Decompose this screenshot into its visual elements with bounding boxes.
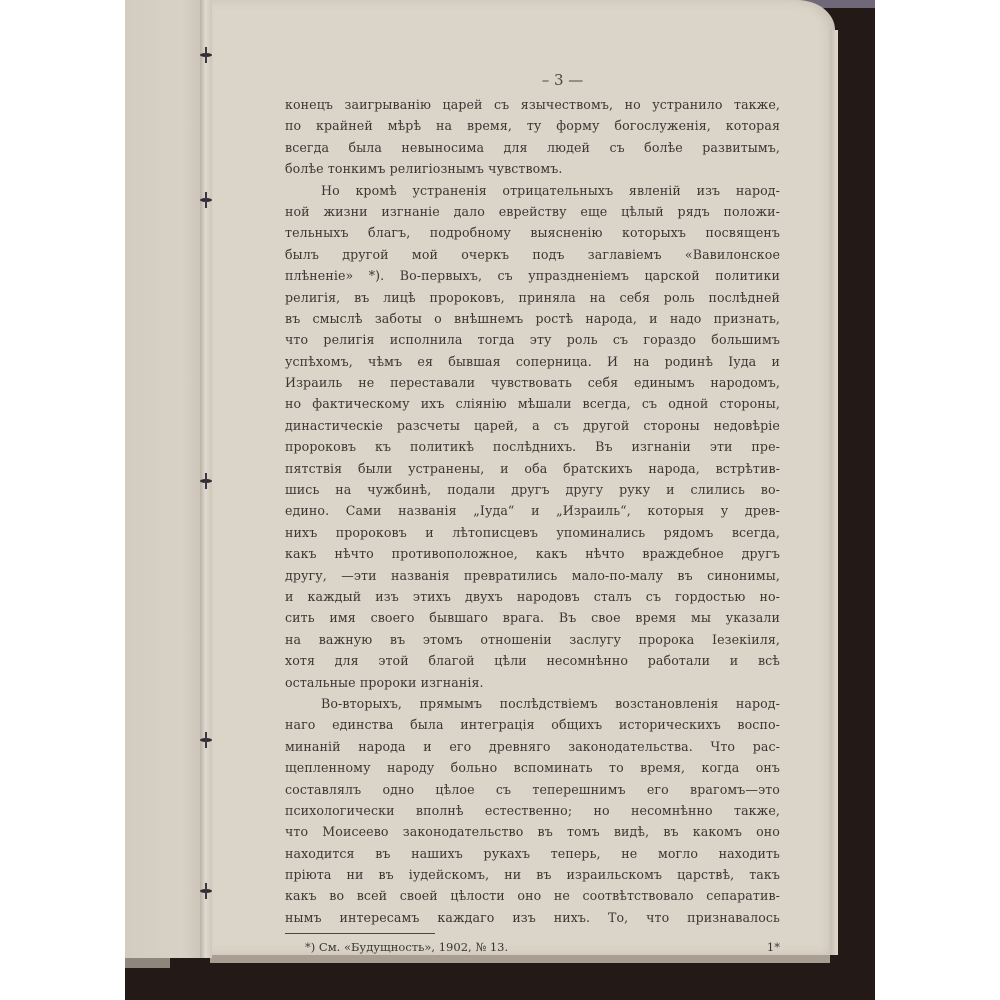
text-line: сить имя своего бывшаго врага. Въ свое в… [285,607,780,628]
text-line: что религія исполнила тогда эту роль съ … [285,329,780,350]
binding-stitch-icon [196,478,216,484]
text-line: пріюта ни въ іудейскомъ, ни въ израильск… [285,864,780,885]
text-line: составлялъ одно цѣлое съ теперешнимъ его… [285,779,780,800]
paragraph-3: Во-вторыхъ, прямымъ послѣдствіемъ возста… [285,693,780,928]
text-line: щепленному народу больно вспоминать то в… [285,757,780,778]
page-number: – 3 — [345,66,780,94]
text-line: религія, въ лицѣ пророковъ, приняла на с… [285,287,780,308]
text-line: и каждый изъ этихъ двухъ народовъ сталъ … [285,586,780,607]
text-line: но фактическому ихъ сліянію мѣшали всегд… [285,393,780,414]
paragraph-1: конецъ заигрыванію царей съ язычествомъ,… [285,94,780,180]
left-page [125,0,207,958]
footnote-divider [285,933,435,934]
text-line: былъ другой мой очеркъ подъ заглавіемъ «… [285,244,780,265]
text-line: династическіе разсчеты царей, а съ друго… [285,415,780,436]
text-line: по крайней мѣрѣ на время, ту форму богос… [285,115,780,136]
text-line: Во-вторыхъ, прямымъ послѣдствіемъ возста… [285,693,780,714]
text-line: тельныхъ благъ, подробному выясненію кот… [285,222,780,243]
text-line: другу, —эти названія превратились мало-п… [285,565,780,586]
binding-stitch-icon [196,737,216,743]
text-line: успѣхомъ, чѣмъ ея бывшая соперница. И на… [285,351,780,372]
text-line: находится въ нашихъ рукахъ теперь, не мо… [285,843,780,864]
text-line: нихъ пророковъ и лѣтописцевъ упоминались… [285,522,780,543]
text-line: пророковъ къ политикѣ послѣднихъ. Въ изг… [285,436,780,457]
footnote: *) См. «Будущность», 1902, № 13. 1* [285,939,780,955]
binding-stitch-icon [196,197,216,203]
text-line: ной жизни изгнаніе дало еврейству еще цѣ… [285,201,780,222]
text-line: хотя для этой благой цѣли несомнѣнно раб… [285,650,780,671]
footnote-text: *) См. «Будущность», 1902, № 13. [305,940,508,954]
text-line: что Моисеево законодательство въ томъ ви… [285,821,780,842]
binding-stitch-icon [196,52,216,58]
text-line: какъ нѣчто противоположное, какъ нѣчто в… [285,543,780,564]
page-stack-edge [830,30,838,955]
text-line: Но кромѣ устраненія отрицательныхъ явлен… [285,180,780,201]
text-line: наго единства была интеграція общихъ ист… [285,714,780,735]
signature-mark: 1* [767,939,780,955]
text-line: плѣненіе» *). Во-первыхъ, съ упраздненіе… [285,265,780,286]
text-line: какъ во всей своей цѣлости оно не соотвѣ… [285,885,780,906]
page-stack-bottom [210,955,830,963]
text-line: психологически вполнѣ естественно; но не… [285,800,780,821]
text-line: на важную въ этомъ отношеніи заслугу про… [285,629,780,650]
text-line: минаній народа и его древняго законодате… [285,736,780,757]
binding-stitch-icon [196,888,216,894]
text-line: конецъ заигрыванію царей съ язычествомъ,… [285,94,780,115]
text-line: шись на чужбинѣ, подали другъ другу руку… [285,479,780,500]
text-line: Израиль не переставали чувствовать себя … [285,372,780,393]
text-line: нымъ интересамъ каждаго изъ нихъ. То, чт… [285,907,780,928]
text-line: болѣе тонкимъ религіознымъ чувствомъ. [285,158,780,179]
text-line: едино. Сами названія „Іуда“ и „Израиль“,… [285,500,780,521]
cover-edge [125,958,170,968]
text-line: всегда была невыносима для людей съ болѣ… [285,137,780,158]
text-line: пятствія были устранены, и оба братскихъ… [285,458,780,479]
page-content: – 3 — конецъ заигрыванію царей съ язычес… [285,66,780,955]
text-line: остальные пророки изгнанія. [285,672,780,693]
text-line: въ смыслѣ заботы о внѣшнемъ ростѣ народа… [285,308,780,329]
paragraph-2: Но кромѣ устраненія отрицательныхъ явлен… [285,180,780,693]
